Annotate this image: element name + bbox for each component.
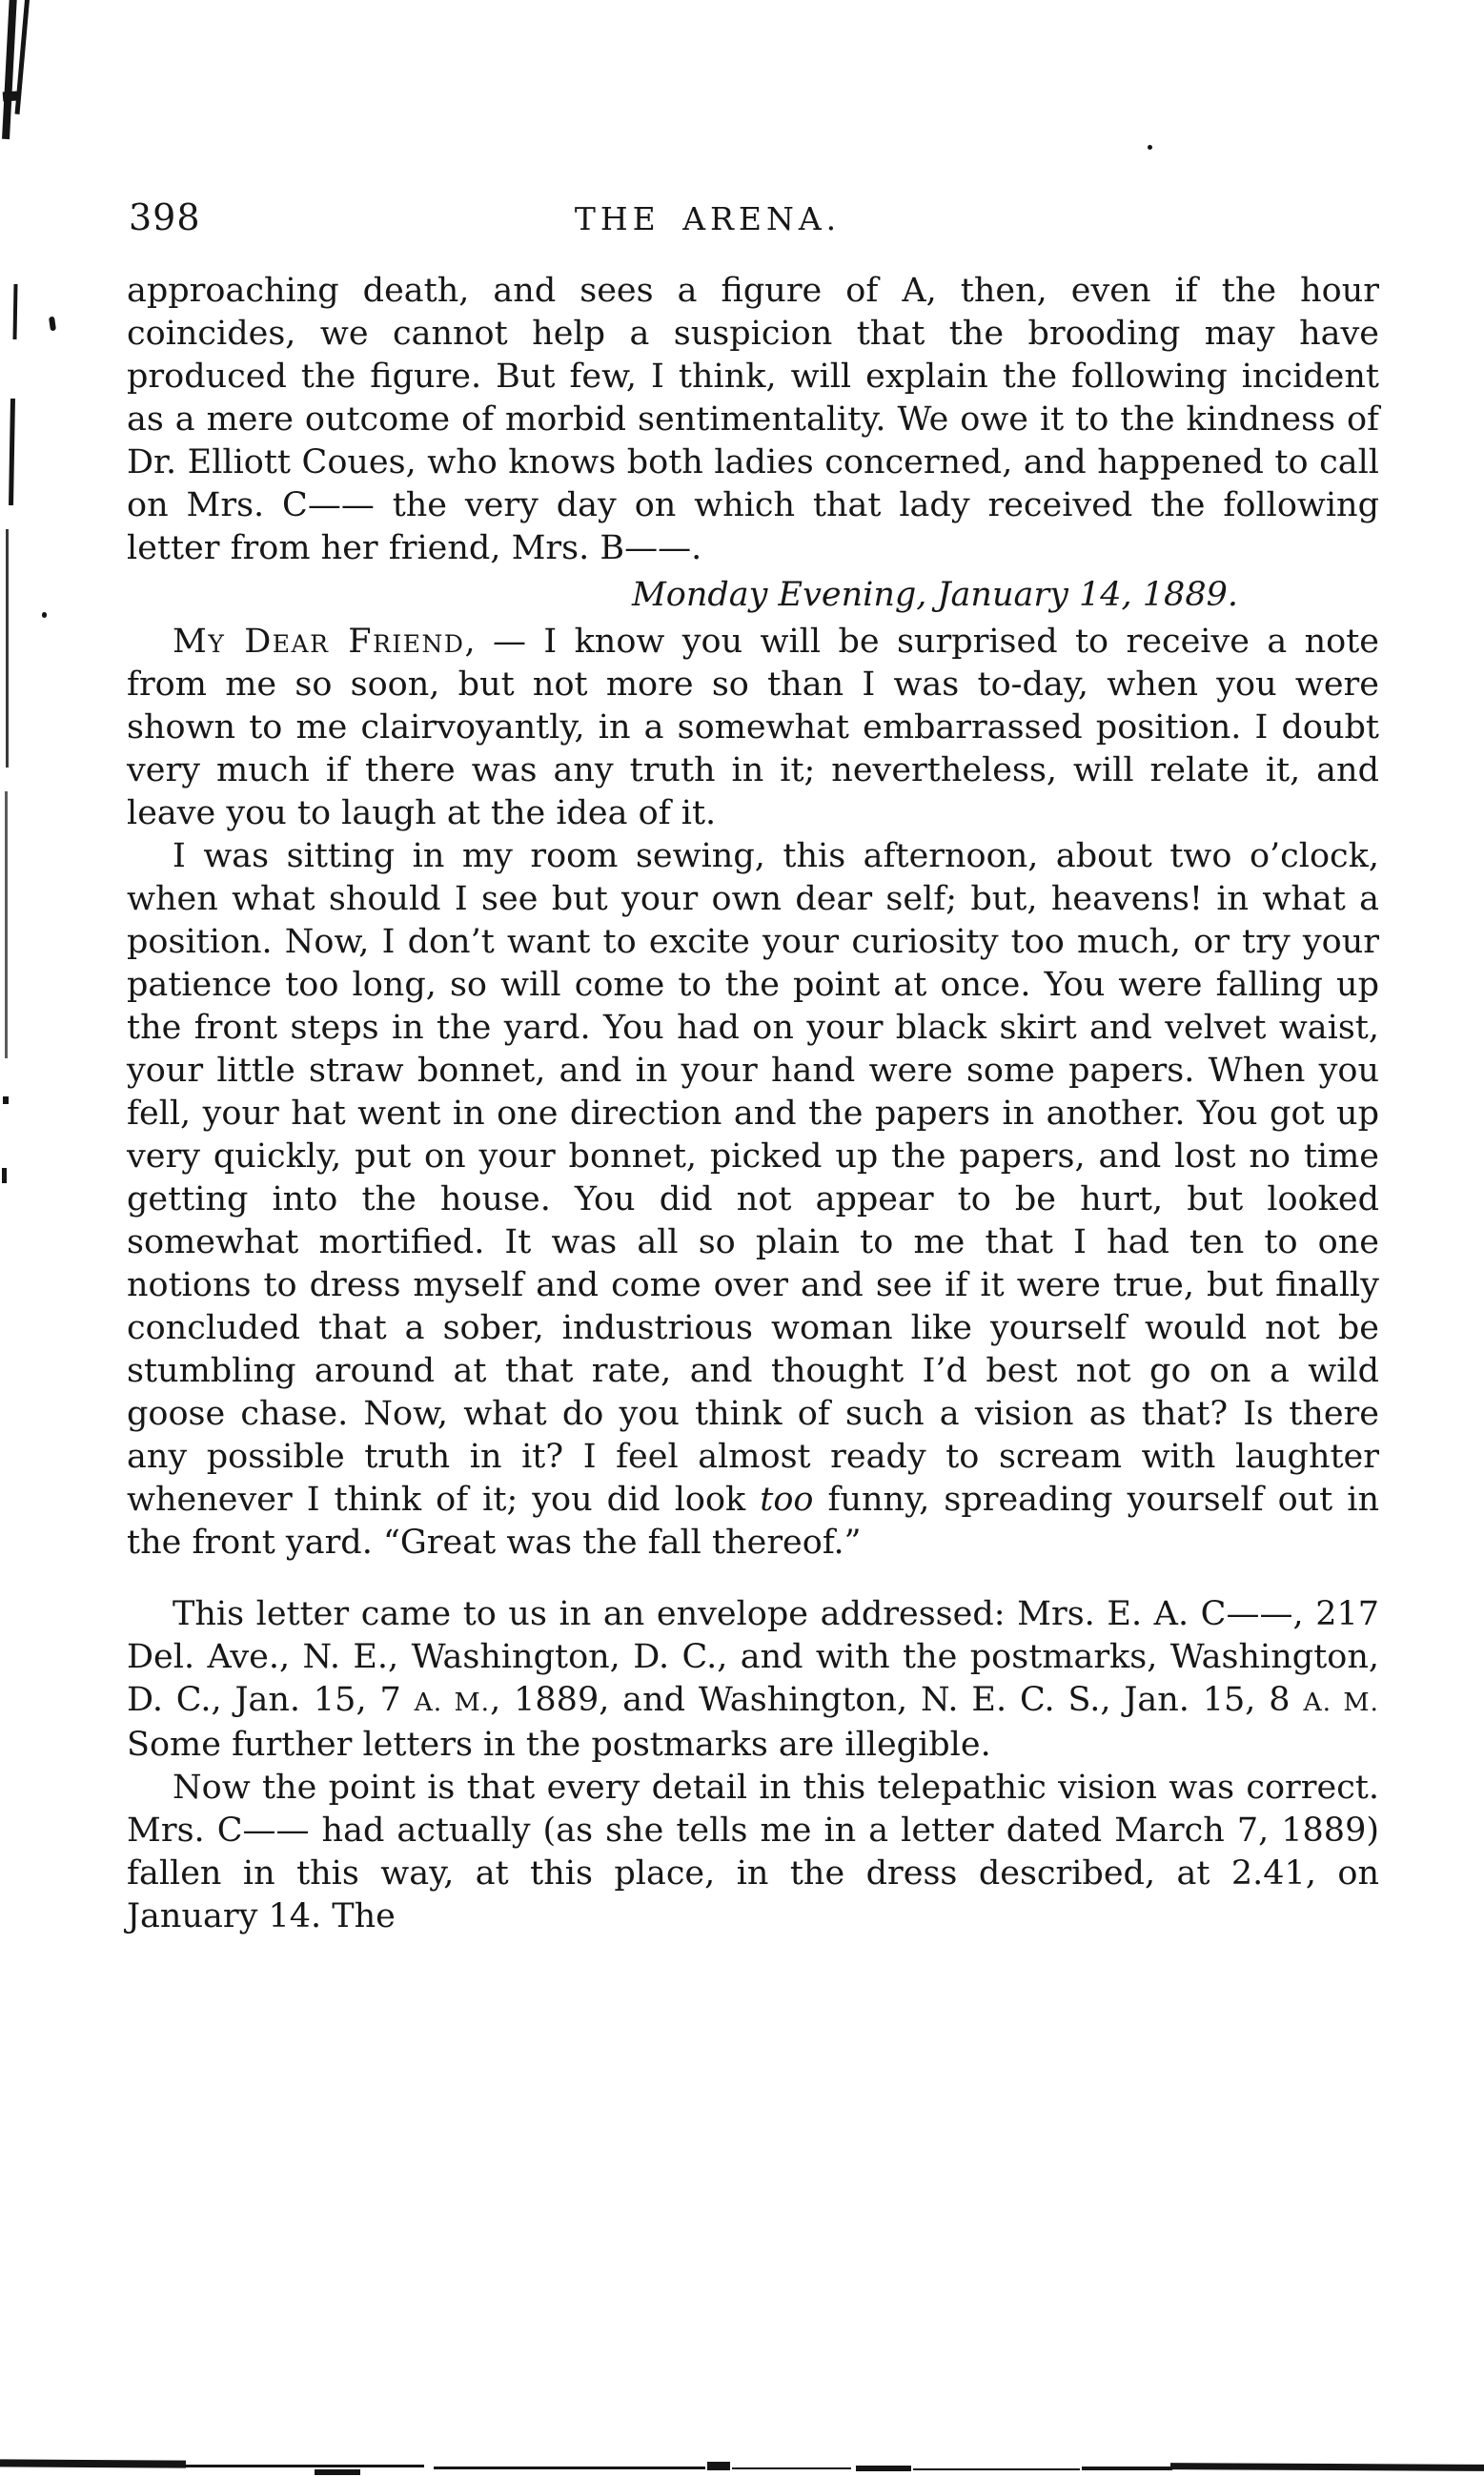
text-segment: My Dear Friend bbox=[173, 623, 464, 661]
text-segment: Some further letters in the postmarks ar… bbox=[127, 1726, 991, 1764]
scan-artifact bbox=[181, 2465, 424, 2467]
scan-artifact bbox=[2, 0, 17, 139]
scan-artifact bbox=[5, 791, 8, 1058]
scan-artifact bbox=[49, 317, 56, 332]
paragraph-conclusion: Now the point is that every detail in th… bbox=[127, 1767, 1379, 1938]
text-column: approaching death, and sees a figure of … bbox=[127, 270, 1379, 1938]
scan-artifact bbox=[6, 529, 9, 768]
scan-artifact bbox=[3, 1096, 9, 1104]
scan-artifact bbox=[0, 2459, 186, 2467]
scan-artifact bbox=[2, 1168, 7, 1183]
text-segment: Monday Evening, January 14, 1889. bbox=[632, 576, 1238, 614]
scan-artifact bbox=[856, 2466, 911, 2471]
letter-paragraph-2: I was sitting in my room sewing, this af… bbox=[127, 835, 1379, 1565]
text-segment: A. M. bbox=[1303, 1688, 1379, 1717]
scan-artifact bbox=[42, 612, 47, 618]
paragraph-intro: approaching death, and sees a figure of … bbox=[127, 270, 1379, 570]
text-segment: , 1889, and Washington, N. E. C. S., Jan… bbox=[490, 1681, 1303, 1719]
text-segment: A. M. bbox=[415, 1688, 491, 1717]
scan-artifact bbox=[1148, 145, 1152, 150]
running-head: THE ARENA. bbox=[127, 200, 1379, 237]
scan-artifact bbox=[707, 2462, 730, 2470]
scan-artifact bbox=[315, 2469, 360, 2475]
scan-artifact bbox=[3, 91, 18, 101]
page-header: 398 THE ARENA. bbox=[127, 196, 1379, 244]
book-page-scan: 398 THE ARENA. approaching death, and se… bbox=[0, 0, 1484, 2477]
text-segment: Now the point is that every detail in th… bbox=[127, 1769, 1379, 1935]
letter-dateline: Monday Evening, January 14, 1889. bbox=[127, 574, 1379, 617]
paragraph-envelope: This letter came to us in an envelope ad… bbox=[127, 1593, 1379, 1767]
scan-artifact bbox=[12, 284, 17, 339]
text-segment: approaching death, and sees a figure of … bbox=[127, 272, 1379, 567]
text-segment: too bbox=[760, 1481, 813, 1519]
letter-paragraph-1: My Dear Friend, — I know you will be sur… bbox=[127, 621, 1379, 835]
scan-artifact bbox=[732, 2467, 851, 2469]
scan-artifact bbox=[913, 2468, 1080, 2470]
scan-artifact bbox=[9, 399, 15, 505]
text-segment: I was sitting in my room sewing, this af… bbox=[127, 837, 1379, 1519]
scan-artifact bbox=[1170, 2463, 1484, 2471]
scan-artifact bbox=[1082, 2467, 1172, 2470]
scan-artifact bbox=[434, 2467, 705, 2469]
